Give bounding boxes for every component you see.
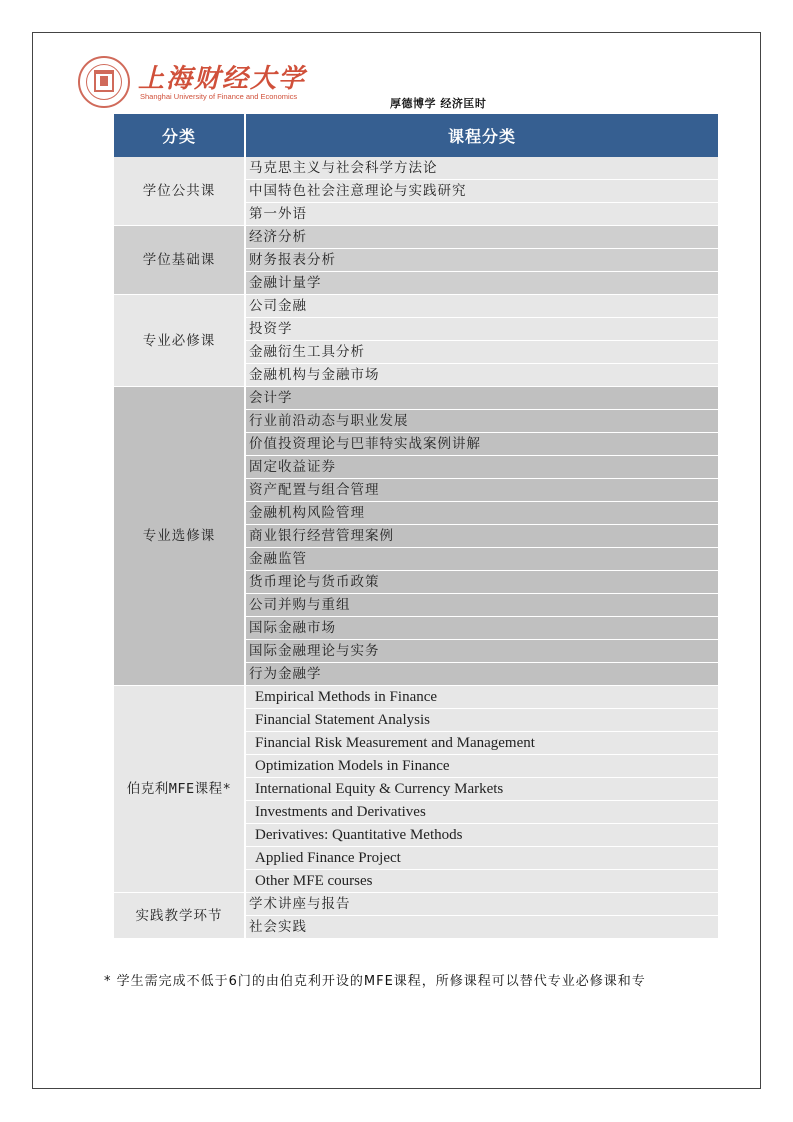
category-cell: 专业必修课 — [114, 295, 245, 387]
table-header-row: 分类 课程分类 — [114, 114, 718, 157]
course-cell: Other MFE courses — [245, 870, 718, 893]
category-cell: 学位公共课 — [114, 157, 245, 226]
course-cell: 社会实践 — [245, 916, 718, 939]
course-cell: 中国特色社会注意理论与实践研究 — [245, 180, 718, 203]
course-cell: 商业银行经营管理案例 — [245, 525, 718, 548]
course-cell: 金融计量学 — [245, 272, 718, 295]
course-cell: 金融监管 — [245, 548, 718, 571]
university-motto: 厚德博学 经济匡时 — [390, 95, 486, 111]
table-row: 伯克利MFE课程* Empirical Methods in Finance — [114, 686, 718, 709]
course-cell: 国际金融理论与实务 — [245, 640, 718, 663]
seal-building-icon — [94, 70, 114, 92]
course-cell: Optimization Models in Finance — [245, 755, 718, 778]
course-cell: 固定收益证券 — [245, 456, 718, 479]
course-cell: 第一外语 — [245, 203, 718, 226]
course-cell: Financial Statement Analysis — [245, 709, 718, 732]
course-cell: 资产配置与组合管理 — [245, 479, 718, 502]
category-cell: 实践教学环节 — [114, 893, 245, 939]
course-cell: 货币理论与货币政策 — [245, 571, 718, 594]
course-cell: International Equity & Currency Markets — [245, 778, 718, 801]
course-cell: 金融机构风险管理 — [245, 502, 718, 525]
university-header: 上海财经大学 Shanghai University of Finance an… — [78, 56, 478, 114]
course-cell: 行业前沿动态与职业发展 — [245, 410, 718, 433]
column-header-category: 分类 — [114, 114, 245, 157]
course-cell: 公司并购与重组 — [245, 594, 718, 617]
table-row: 专业必修课 公司金融 — [114, 295, 718, 318]
university-seal-icon — [78, 56, 130, 108]
course-cell: 金融机构与金融市场 — [245, 364, 718, 387]
course-cell: 价值投资理论与巴菲特实战案例讲解 — [245, 433, 718, 456]
category-cell: 专业选修课 — [114, 387, 245, 686]
course-cell: 经济分析 — [245, 226, 718, 249]
course-cell: 学术讲座与报告 — [245, 893, 718, 916]
course-cell: 马克思主义与社会科学方法论 — [245, 157, 718, 180]
university-name-en: Shanghai University of Finance and Econo… — [140, 92, 297, 101]
course-cell: Financial Risk Measurement and Managemen… — [245, 732, 718, 755]
table-row: 实践教学环节 学术讲座与报告 — [114, 893, 718, 916]
university-name-cn: 上海财经大学 — [138, 58, 306, 95]
table-row: 学位公共课 马克思主义与社会科学方法论 — [114, 157, 718, 180]
course-cell: 公司金融 — [245, 295, 718, 318]
course-cell: 会计学 — [245, 387, 718, 410]
table-row: 学位基础课 经济分析 — [114, 226, 718, 249]
course-cell: Investments and Derivatives — [245, 801, 718, 824]
course-cell: Empirical Methods in Finance — [245, 686, 718, 709]
table-row: 专业选修课 会计学 — [114, 387, 718, 410]
course-cell: Applied Finance Project — [245, 847, 718, 870]
category-cell: 学位基础课 — [114, 226, 245, 295]
course-table: 分类 课程分类 学位公共课 马克思主义与社会科学方法论 中国特色社会注意理论与实… — [114, 114, 718, 939]
course-cell: Derivatives: Quantitative Methods — [245, 824, 718, 847]
course-cell: 国际金融市场 — [245, 617, 718, 640]
course-cell: 财务报表分析 — [245, 249, 718, 272]
course-cell: 金融衍生工具分析 — [245, 341, 718, 364]
footnote: * 学生需完成不低于6门的由伯克利开设的MFE课程，所修课程可以替代专业必修课和… — [104, 970, 646, 989]
category-cell: 伯克利MFE课程* — [114, 686, 245, 893]
course-cell: 投资学 — [245, 318, 718, 341]
course-cell: 行为金融学 — [245, 663, 718, 686]
column-header-course: 课程分类 — [245, 114, 718, 157]
